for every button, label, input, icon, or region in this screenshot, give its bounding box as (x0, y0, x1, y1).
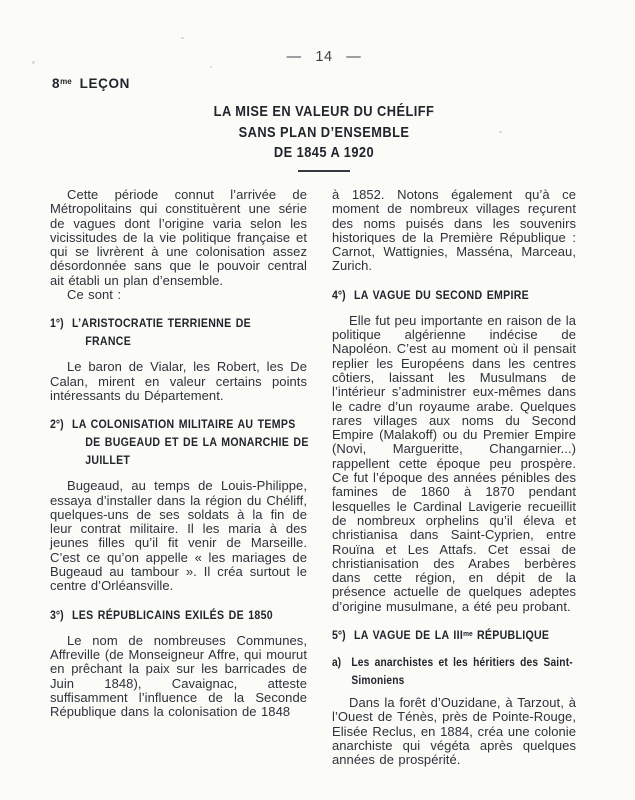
heading-number: 2°) (50, 415, 72, 433)
two-column-text: Cette période connut l’arrivée de Métrop… (50, 188, 576, 768)
ordinal-suffix: me (463, 629, 473, 638)
heading-line: Simoniens (332, 672, 547, 690)
section-heading-1: 1°)L’ARISTOCRATIE TERRIENNE DE FRANCE (50, 314, 307, 350)
heading-number: 4°) (332, 286, 354, 304)
heading-line: LA COLONISATION MILITAIRE AU TEMPS (72, 417, 296, 431)
heading-number: 3°) (50, 606, 72, 624)
heading-line: LA VAGUE DU SECOND EMPIRE (354, 288, 529, 302)
heading-number: 1°) (50, 314, 72, 332)
lesson-heading: 8meLEÇON (52, 76, 130, 91)
right-column: à 1852. Notons également qu’à ce moment … (332, 188, 576, 768)
heading-line: DE BUGEAUD ET DE LA MONARCHIE DE (50, 433, 276, 451)
lesson-word: LEÇON (80, 76, 130, 91)
paragraph-intro: Cette période connut l’arrivée de Métrop… (50, 188, 307, 288)
heading-line: LES RÉPUBLICAINS EXILÉS DE 1850 (72, 608, 273, 622)
heading-line: FRANCE (50, 332, 276, 350)
paragraph-continuation: à 1852. Notons également qu’à ce moment … (332, 188, 576, 274)
paragraph-ce-sont: Ce sont : (50, 288, 307, 302)
title-line-1: LA MISE EN VALEUR DU CHÉLIFF (50, 102, 597, 123)
title-line-3: DE 1845 A 1920 (50, 143, 597, 164)
section-heading-4: 4°)LA VAGUE DU SECOND EMPIRE (332, 286, 576, 304)
lesson-number: 8 (52, 76, 60, 91)
page-number: — 14 — (13, 49, 635, 65)
title-line-2: SANS PLAN D’ENSEMBLE (50, 123, 597, 144)
paragraph-bugeaud: Bugeaud, au temps de Louis-Philippe, ess… (50, 479, 307, 593)
heading-line: L’ARISTOCRATIE TERRIENNE DE (72, 316, 251, 330)
left-column: Cette période connut l’arrivée de Métrop… (50, 188, 307, 768)
chapter-title: LA MISE EN VALEUR DU CHÉLIFF SANS PLAN D… (13, 102, 635, 172)
section-heading-2: 2°)LA COLONISATION MILITAIRE AU TEMPS DE… (50, 415, 307, 469)
lesson-ordinal-suffix: me (60, 77, 72, 86)
paragraph-aristocratie: Le baron de Vialar, les Robert, les De C… (50, 360, 307, 403)
document-page: — 14 — 8meLEÇON LA MISE EN VALEUR DU CHÉ… (0, 0, 635, 800)
section-heading-5: 5°)LA VAGUE DE LA IIIme RÉPUBLIQUE (332, 626, 576, 646)
scan-speck (181, 37, 184, 39)
sub-heading-a: a)Les anarchistes et les héritiers des S… (332, 654, 576, 690)
paragraph-republicains: Le nom de nombreuses Communes, Affrevill… (50, 634, 307, 720)
heading-number: 5°) (332, 626, 354, 644)
section-heading-3: 3°)LES RÉPUBLICAINS EXILÉS DE 1850 (50, 606, 307, 624)
paragraph-second-empire: Elle fut peu importante en raison de la … (332, 314, 576, 614)
title-rule (298, 170, 350, 172)
heading-line: Les anarchistes et les héritiers des Sai… (351, 656, 573, 669)
heading-line: JUILLET (50, 451, 276, 469)
scan-speck (210, 66, 212, 68)
paragraph-anarchistes: Dans la forêt d’Ouzidane, à Tarzout, à l… (332, 696, 576, 767)
heading-line: LA VAGUE DE LA IIIme RÉPUBLIQUE (354, 628, 549, 642)
heading-number: a) (332, 654, 351, 672)
